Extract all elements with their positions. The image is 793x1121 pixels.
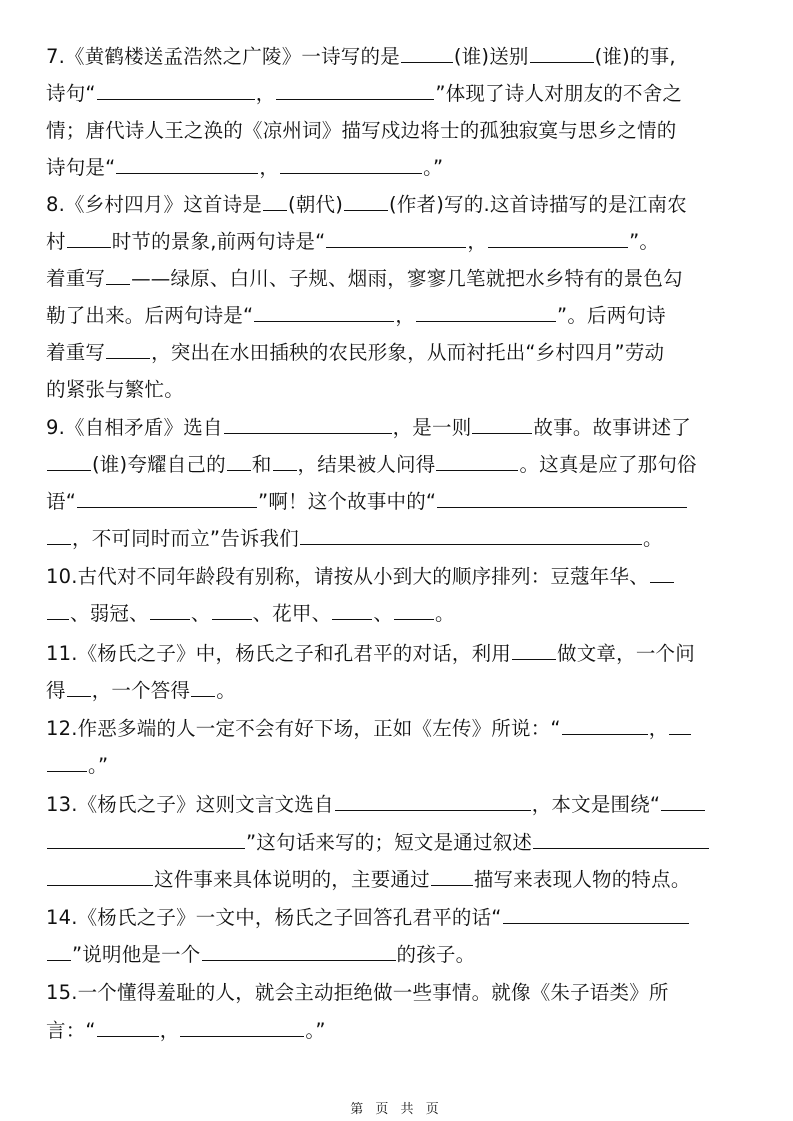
question-text: 。” [423, 156, 443, 179]
answer-blank[interactable] [273, 452, 297, 471]
answer-blank[interactable] [180, 1018, 304, 1037]
answer-blank[interactable] [106, 340, 150, 359]
answer-blank[interactable] [401, 44, 453, 63]
question-14-line: 14.《杨氏之子》一文中，杨氏之子回答孔君平的话“ [46, 905, 690, 931]
question-text: 、花甲、 [253, 602, 332, 625]
question-text: 。” [88, 754, 108, 777]
answer-blank[interactable] [669, 716, 691, 735]
question-text: ”这句话来写的；短文是通过叙述 [246, 831, 532, 854]
question-text: ， [256, 82, 276, 105]
answer-blank[interactable] [106, 266, 130, 285]
question-text: ”。 [629, 230, 659, 253]
answer-blank[interactable] [77, 489, 257, 508]
answer-blank[interactable] [191, 678, 215, 697]
question-text: 的孩子。 [397, 943, 476, 966]
answer-blank[interactable] [97, 1018, 159, 1037]
question-11-line: 得，一个答得。 [46, 678, 236, 704]
question-text: 故事。故事讲述了 [533, 416, 691, 439]
question-text: (谁)夸耀自己的 [92, 453, 226, 476]
question-7-line: 7.《黄鹤楼送孟浩然之广陵》一诗写的是(谁)送别(谁)的事, [46, 44, 676, 70]
question-12-line: 。” [46, 753, 108, 779]
question-text: 。 [216, 679, 236, 702]
question-text: ”。后两句诗 [557, 304, 666, 327]
question-14-line: ”说明他是一个的孩子。 [46, 942, 475, 968]
question-13-line: ”这句话来写的；短文是通过叙述 [46, 830, 710, 856]
question-text: (谁)的事, [595, 45, 676, 68]
question-text: ， [649, 717, 669, 740]
answer-blank[interactable] [276, 81, 434, 100]
question-text: ， [395, 304, 415, 327]
question-11-line: 11.《杨氏之子》中，杨氏之子和孔君平的对话，利用做文章，一个问 [46, 641, 695, 667]
question-text: 。 [435, 602, 455, 625]
question-text: 、弱冠、 [70, 602, 149, 625]
answer-blank[interactable] [661, 792, 705, 811]
answer-blank[interactable] [326, 229, 466, 248]
question-12-line: 12.作恶多端的人一定不会有好下场，正如《左传》所说：“， [46, 716, 692, 742]
question-text: 村 [46, 230, 66, 253]
question-10-line: 10.古代对不同年龄段有别称，请按从小到大的顺序排列：豆蔻年华、 [46, 564, 675, 590]
answer-blank[interactable] [227, 452, 251, 471]
answer-blank[interactable] [47, 601, 69, 620]
question-text: (作者)写的.这首诗描写的是江南农 [389, 193, 687, 216]
question-text: ，突出在水田插秧的农民形象，从而衬托出“乡村四月”劳动 [151, 341, 664, 364]
question-text: 的紧张与繁忙。 [46, 378, 184, 401]
answer-blank[interactable] [254, 303, 394, 322]
question-text: 做文章，一个问 [557, 642, 695, 665]
answer-blank[interactable] [47, 526, 71, 545]
question-text: 10.古代对不同年龄段有别称，请按从小到大的顺序排列：豆蔻年华、 [46, 565, 649, 588]
question-7-line: 情；唐代诗人王之涣的《凉州词》描写戍边将士的孤独寂寞与思乡之情的 [46, 118, 676, 144]
answer-blank[interactable] [47, 830, 245, 849]
question-7-line: 诗句“，”体现了诗人对朋友的不舍之 [46, 81, 682, 107]
question-text: 勒了出来。后两句诗是“ [46, 304, 253, 327]
question-text: 14.《杨氏之子》一文中，杨氏之子回答孔君平的话“ [46, 906, 502, 929]
answer-blank[interactable] [436, 452, 518, 471]
answer-blank[interactable] [224, 415, 392, 434]
answer-blank[interactable] [503, 905, 689, 924]
question-8-line: 的紧张与繁忙。 [46, 377, 184, 403]
answer-blank[interactable] [344, 192, 388, 211]
question-text: ，是一则 [393, 416, 472, 439]
question-text: 着重写 [46, 341, 105, 364]
question-text: ， [259, 156, 279, 179]
question-text: 时节的景象,前两句诗是“ [112, 230, 326, 253]
answer-blank[interactable] [335, 792, 531, 811]
question-9-line: (谁)夸耀自己的和，结果被人问得。这真是应了那句俗 [46, 452, 697, 478]
answer-blank[interactable] [67, 678, 91, 697]
answer-blank[interactable] [300, 526, 642, 545]
answer-blank[interactable] [47, 452, 91, 471]
question-text: ”说明他是一个 [72, 943, 201, 966]
question-text: 着重写 [46, 267, 105, 290]
question-text: 、 [373, 602, 393, 625]
answer-blank[interactable] [47, 942, 71, 961]
question-text: 7.《黄鹤楼送孟浩然之广陵》一诗写的是 [46, 45, 400, 68]
answer-blank[interactable] [332, 601, 372, 620]
question-text: 9.《自相矛盾》选自 [46, 416, 223, 439]
question-text: (朝代) [288, 193, 343, 216]
question-text: 12.作恶多端的人一定不会有好下场，正如《左传》所说：“ [46, 717, 561, 740]
answer-blank[interactable] [116, 155, 258, 174]
question-13-line: 13.《杨氏之子》这则文言文选自，本文是围绕“ [46, 792, 706, 818]
question-text: 诗句“ [46, 82, 96, 105]
question-text: 言：“ [46, 1019, 96, 1042]
question-15-line: 15.一个懂得羞耻的人，就会主动拒绝做一些事情。就像《朱子语类》所 [46, 980, 669, 1006]
question-text: ”啊！这个故事中的“ [258, 490, 436, 513]
question-text: 。” [305, 1019, 325, 1042]
page-footer: 第 页 共 页 [0, 1098, 793, 1117]
question-text: 。这真是应了那句俗 [519, 453, 696, 476]
question-text: 这件事来具体说明的，主要通过 [154, 868, 430, 891]
answer-blank[interactable] [650, 564, 674, 583]
answer-blank[interactable] [562, 716, 648, 735]
answer-blank[interactable] [512, 641, 556, 660]
question-text: 得 [46, 679, 66, 702]
question-text: ”体现了诗人对朋友的不舍之 [435, 82, 682, 105]
answer-blank[interactable] [416, 303, 556, 322]
question-text: 语“ [46, 490, 76, 513]
question-text: 15.一个懂得羞耻的人，就会主动拒绝做一些事情。就像《朱子语类》所 [46, 981, 669, 1004]
question-text: ，结果被人问得 [298, 453, 436, 476]
answer-blank[interactable] [67, 229, 111, 248]
question-text: ， [467, 230, 487, 253]
answer-blank[interactable] [47, 867, 153, 886]
question-text: 8.《乡村四月》这首诗是 [46, 193, 262, 216]
answer-blank[interactable] [431, 867, 473, 886]
question-8-line: 勒了出来。后两句诗是“，”。后两句诗 [46, 303, 666, 329]
question-13-line: 这件事来具体说明的，主要通过描写来表现人物的特点。 [46, 867, 691, 893]
answer-blank[interactable] [97, 81, 255, 100]
question-8-line: 着重写，突出在水田插秧的农民形象，从而衬托出“乡村四月”劳动 [46, 340, 664, 366]
question-9-line: 9.《自相矛盾》选自，是一则故事。故事讲述了 [46, 415, 691, 441]
question-8-line: 8.《乡村四月》这首诗是(朝代)(作者)写的.这首诗描写的是江南农 [46, 192, 687, 218]
answer-blank[interactable] [472, 415, 532, 434]
question-text: 情；唐代诗人王之涣的《凉州词》描写戍边将士的孤独寂寞与思乡之情的 [46, 119, 676, 142]
question-text: 诗句是“ [46, 156, 115, 179]
question-text: 描写来表现人物的特点。 [474, 868, 691, 891]
question-15-line: 言：“，。” [46, 1018, 326, 1044]
question-text: ——绿原、白川、子规、烟雨，寥寥几笔就把水乡特有的景色勾 [131, 267, 683, 290]
answer-blank[interactable] [533, 830, 709, 849]
question-text: ，一个答得 [92, 679, 191, 702]
question-10-line: 、弱冠、、、花甲、、。 [46, 601, 455, 627]
question-text: ， [160, 1019, 180, 1042]
answer-blank[interactable] [202, 942, 396, 961]
question-text: 13.《杨氏之子》这则文言文选自 [46, 793, 334, 816]
question-text: 11.《杨氏之子》中，杨氏之子和孔君平的对话，利用 [46, 642, 511, 665]
question-8-line: 着重写——绿原、白川、子规、烟雨，寥寥几笔就把水乡特有的景色勾 [46, 266, 683, 292]
question-9-line: ，不可同时而立”告诉我们。 [46, 526, 663, 552]
question-text: 。 [643, 527, 663, 550]
answer-blank[interactable] [280, 155, 422, 174]
question-text: ，本文是围绕“ [532, 793, 661, 816]
answer-blank[interactable] [530, 44, 594, 63]
answer-blank[interactable] [488, 229, 628, 248]
answer-blank[interactable] [263, 192, 287, 211]
answer-blank[interactable] [150, 601, 190, 620]
answer-blank[interactable] [47, 753, 87, 772]
question-text: (谁)送别 [454, 45, 529, 68]
question-text: ，不可同时而立”告诉我们 [72, 527, 299, 550]
answer-blank[interactable] [437, 489, 687, 508]
question-9-line: 语“”啊！这个故事中的“ [46, 489, 688, 515]
question-8-line: 村时节的景象,前两句诗是“，”。 [46, 229, 659, 255]
question-text: 和 [252, 453, 272, 476]
answer-blank[interactable] [394, 601, 434, 620]
answer-blank[interactable] [212, 601, 252, 620]
question-7-line: 诗句是“，。” [46, 155, 443, 181]
question-text: 、 [191, 602, 211, 625]
